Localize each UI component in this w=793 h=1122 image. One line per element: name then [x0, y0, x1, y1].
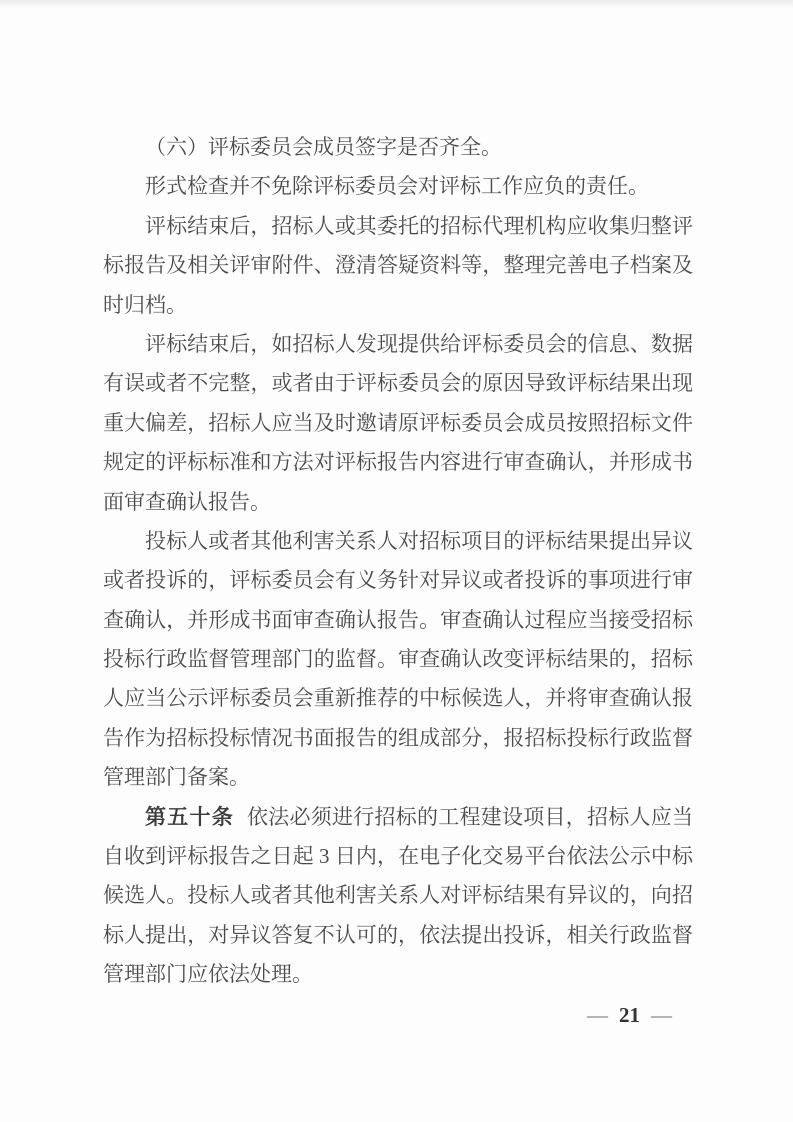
text-line: 形式检查并不免除评标委员会对评标工作应负的责任。	[103, 167, 693, 206]
text-block: （六）评标委员会成员签字是否齐全。 形式检查并不免除评标委员会对评标工作应负的责…	[103, 128, 693, 995]
text-line: 第五十条依法必须进行招标的工程建设项目，招标人应当	[103, 798, 693, 837]
text-line: 或者投诉的，评标委员会有义务针对异议或者投诉的事项进行审	[103, 561, 693, 600]
text-line: 投标人或者其他利害关系人对招标项目的评标结果提出异议	[103, 522, 693, 561]
text-line: 评标结束后，如招标人发现提供给评标委员会的信息、数据	[103, 325, 693, 364]
text-line: 有误或者不完整，或者由于评标委员会的原因导致评标结果出现	[103, 364, 693, 403]
paragraph: （六）评标委员会成员签字是否齐全。	[103, 128, 693, 167]
text-line: 时归档。	[103, 286, 693, 325]
text-line: 管理部门备案。	[103, 758, 693, 797]
paragraph: 投标人或者其他利害关系人对招标项目的评标结果提出异议 或者投诉的，评标委员会有义…	[103, 522, 693, 798]
page-number: —21—	[587, 1001, 672, 1029]
text-line: 重大偏差，招标人应当及时邀请原评标委员会成员按照招标文件	[103, 404, 693, 443]
text-line: 人应当公示评标委员会重新推荐的中标候选人，并将审查确认报	[103, 679, 693, 718]
text-line: 规定的评标标准和方法对评标报告内容进行审查确认，并形成书	[103, 443, 693, 482]
paragraph: 形式检查并不免除评标委员会对评标工作应负的责任。	[103, 167, 693, 206]
text-line: 面审查确认报告。	[103, 483, 693, 522]
paragraph-article-50: 第五十条依法必须进行招标的工程建设项目，招标人应当 自收到评标报告之日起 3 日…	[103, 798, 693, 995]
text-line: （六）评标委员会成员签字是否齐全。	[103, 128, 693, 167]
text-line: 标报告及相关评审附件、澄清答疑资料等，整理完善电子档案及	[103, 246, 693, 285]
text-line: 标人提出，对异议答复不认可的，依法提出投诉，相关行政监督	[103, 916, 693, 955]
text-line: 评标结束后，招标人或其委托的招标代理机构应收集归整评	[103, 207, 693, 246]
page-number-right-dash: —	[651, 1003, 672, 1027]
article-text: 依法必须进行招标的工程建设项目，招标人应当	[247, 805, 693, 829]
document-page: （六）评标委员会成员签字是否齐全。 形式检查并不免除评标委员会对评标工作应负的责…	[0, 0, 793, 1122]
paragraph: 评标结束后，招标人或其委托的招标代理机构应收集归整评 标报告及相关评审附件、澄清…	[103, 207, 693, 325]
article-number: 第五十条	[145, 806, 234, 829]
paragraph: 评标结束后，如招标人发现提供给评标委员会的信息、数据 有误或者不完整，或者由于评…	[103, 325, 693, 522]
page-number-left-dash: —	[587, 1003, 608, 1027]
text-line: 告作为招标投标情况书面报告的组成部分，报招标投标行政监督	[103, 719, 693, 758]
text-line: 投标行政监督管理部门的监督。审查确认改变评标结果的，招标	[103, 640, 693, 679]
text-line: 管理部门应依法处理。	[103, 955, 693, 994]
text-line: 候选人。投标人或者其他利害关系人对评标结果有异议的，向招	[103, 876, 693, 915]
text-line: 查确认，并形成书面审查确认报告。审查确认过程应当接受招标	[103, 601, 693, 640]
page-number-value: 21	[619, 1003, 640, 1027]
text-line: 自收到评标报告之日起 3 日内，在电子化交易平台依法公示中标	[103, 837, 693, 876]
